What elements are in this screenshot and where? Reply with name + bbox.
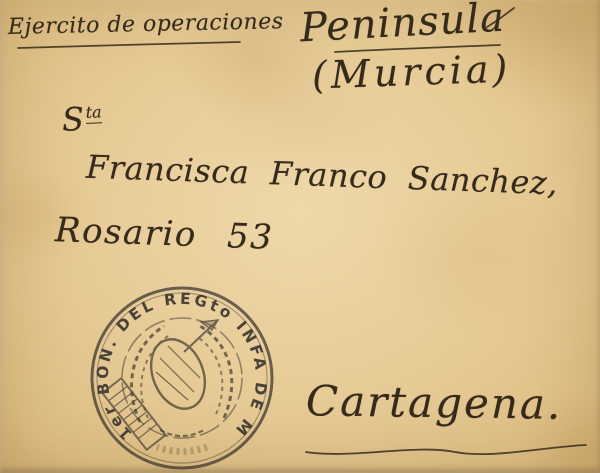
underline-corner-note <box>18 42 240 48</box>
laurel-wreath-coat-of-arms-icon <box>132 320 232 436</box>
addressee-name: Francisca Franco Sanchez, <box>85 148 558 202</box>
regimental-seal-stamp: 1er BON. DEL REGto INFA DE M <box>82 280 282 473</box>
honorific-suffix: ta <box>85 103 102 125</box>
underline-city <box>306 445 586 454</box>
destination-region: Peninsula <box>299 0 506 51</box>
envelope-front: Ejercito de operaciones Peninsula (Murci… <box>0 0 600 473</box>
honorific-initial: S <box>61 100 84 139</box>
seal-outer-ring <box>92 288 272 468</box>
seal-worn-text <box>157 447 207 451</box>
honorific-abbreviation: Sta <box>61 99 102 138</box>
destination-province: (Murcia) <box>311 47 512 98</box>
sender-corner-note: Ejercito de operaciones <box>8 9 284 40</box>
addressee-street: Rosario 53 <box>54 210 274 258</box>
addressee-city: Cartagena. <box>306 376 563 429</box>
